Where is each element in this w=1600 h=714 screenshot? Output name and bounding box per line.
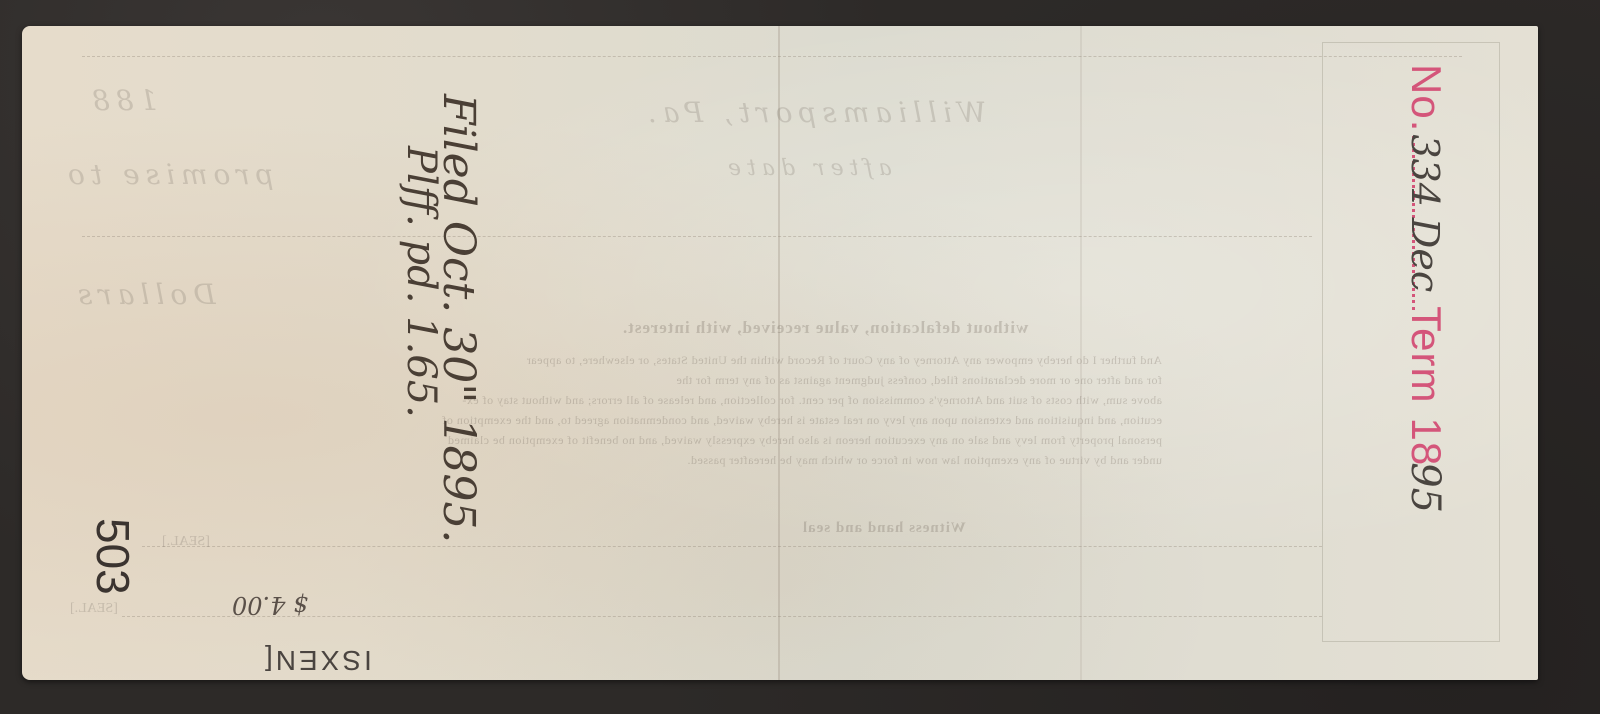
docket-stamp: No. 334 Dec Term 18 95: [1402, 64, 1450, 513]
bleed-value-line: without defalcation, value received, wit…: [622, 318, 1028, 338]
printed-rule: [82, 236, 1312, 237]
bleed-place-line: Williamsport, Pa.: [642, 96, 986, 129]
bleed-promise-line: promise to: [62, 158, 274, 191]
bleed-body-line: ecution, and inquisition and extension u…: [62, 410, 1162, 430]
bleed-dollars-line: Dollars: [72, 278, 216, 311]
bleed-date-line: 188: [86, 84, 157, 117]
bleed-seal-2: [SEAL.]: [70, 601, 118, 617]
fee-note: $ 4.00: [232, 591, 308, 619]
bleed-seal-1: [SEAL.]: [162, 534, 210, 550]
bleed-order-line: after date: [722, 156, 892, 181]
bleed-body-line: And further I do hereby empower any Atto…: [62, 350, 1162, 370]
bleed-body-line: above sum, with costs of suit and Attorn…: [62, 390, 1162, 410]
printed-rule: [142, 546, 1322, 547]
bleed-body-text: And further I do hereby empower any Atto…: [62, 350, 1162, 470]
case-number-note: 503: [86, 518, 140, 595]
bleed-body-line: under and by virtue of any exemption law…: [62, 450, 1162, 470]
bleed-body-line: personal property from levy and sale on …: [62, 430, 1162, 450]
bleed-body-line: for and after one or more declarations f…: [62, 370, 1162, 390]
docket-number: 334: [1403, 134, 1447, 207]
docket-term-label: Term: [1402, 306, 1450, 403]
docket-year-printed: 18: [1402, 417, 1450, 466]
code-note: ISXEN[: [262, 644, 372, 676]
bleed-witness-line: Witness hand and seal: [802, 520, 966, 537]
docket-term-month: Dec: [1403, 218, 1447, 292]
document-paper: 188 promise to Dollars Williamsport, Pa.…: [22, 26, 1538, 680]
printed-rule: [82, 56, 1462, 57]
docket-no-label: No.: [1402, 64, 1450, 132]
docket-year-handwritten: 95: [1402, 462, 1448, 513]
